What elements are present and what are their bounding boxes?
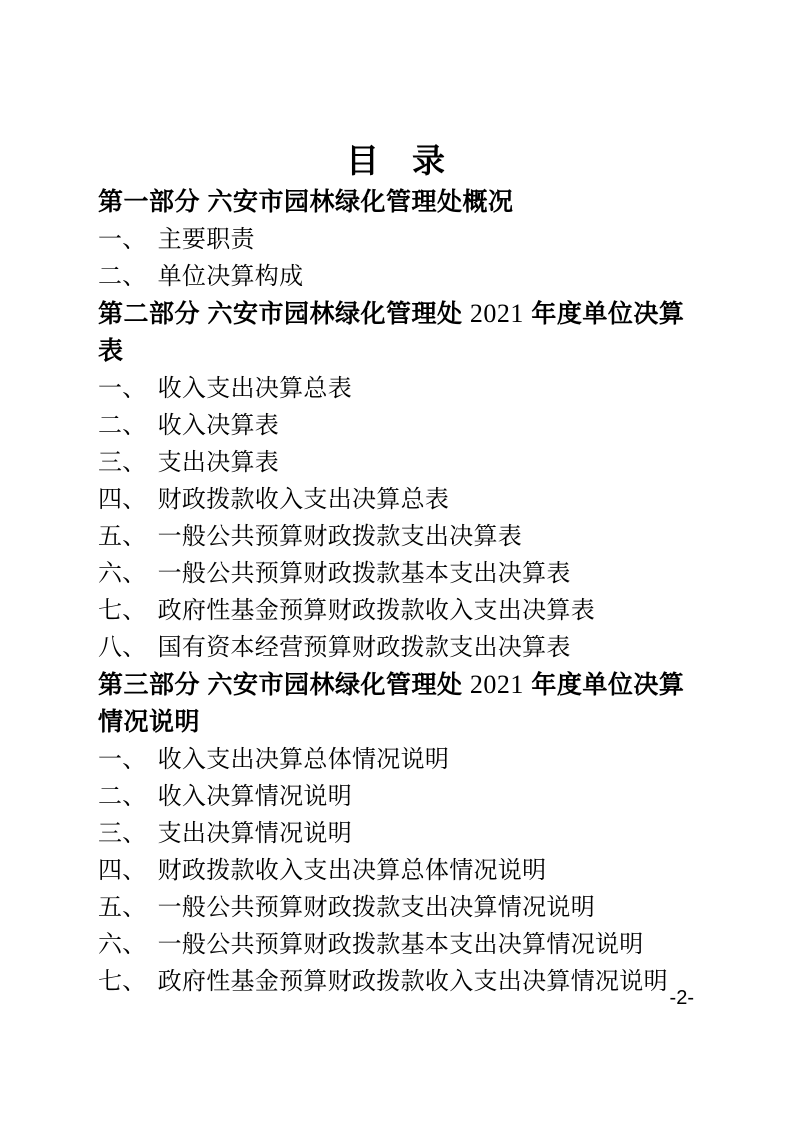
toc-item: 八、国有资本经营预算财政拨款支出决算表 bbox=[98, 629, 693, 666]
heading-year-segment: 2021 bbox=[470, 299, 524, 328]
toc-item: 四、财政拨款收入支出决算总表 bbox=[98, 481, 693, 518]
toc-item-number: 八、 bbox=[98, 629, 147, 666]
toc-item-label: 收入决算情况说明 bbox=[158, 783, 352, 810]
toc-item-label: 一般公共预算财政拨款支出决算情况说明 bbox=[158, 894, 595, 921]
toc-item: 六、一般公共预算财政拨款基本支出决算情况说明 bbox=[98, 926, 693, 963]
toc-item-label: 政府性基金预算财政拨款收入支出决算情况说明 bbox=[158, 968, 668, 995]
toc-item-number: 三、 bbox=[98, 815, 147, 852]
page-title: 目 录 bbox=[98, 141, 693, 181]
toc-item: 五、一般公共预算财政拨款支出决算情况说明 bbox=[98, 889, 693, 926]
toc-item-number: 二、 bbox=[98, 407, 147, 444]
toc-item-label: 单位决算构成 bbox=[158, 263, 304, 290]
toc-item-label: 主要职责 bbox=[158, 226, 255, 253]
toc-item-label: 收入支出决算总体情况说明 bbox=[158, 746, 450, 773]
toc-item: 四、财政拨款收入支出决算总体情况说明 bbox=[98, 852, 693, 889]
toc-item: 二、收入决算表 bbox=[98, 407, 693, 444]
toc-item: 七、政府性基金预算财政拨款收入支出决算表 bbox=[98, 592, 693, 629]
toc-item-number: 二、 bbox=[98, 258, 147, 295]
toc-item: 七、政府性基金预算财政拨款收入支出决算情况说明 bbox=[98, 963, 693, 1000]
table-of-contents: 第一部分 六安市园林绿化管理处概况一、主要职责二、单位决算构成第二部分 六安市园… bbox=[98, 184, 693, 1000]
heading-year-segment: 2021 bbox=[470, 670, 524, 699]
toc-item-label: 一般公共预算财政拨款支出决算表 bbox=[158, 523, 523, 550]
toc-item-number: 四、 bbox=[98, 481, 147, 518]
toc-item-number: 七、 bbox=[98, 963, 147, 1000]
heading-text-segment: 第二部分 六安市园林绿化管理处 bbox=[98, 300, 470, 328]
toc-item-label: 财政拨款收入支出决算总表 bbox=[158, 486, 450, 513]
toc-item-label: 一般公共预算财政拨款基本支出决算表 bbox=[158, 560, 571, 587]
toc-item-label: 支出决算情况说明 bbox=[158, 820, 352, 847]
toc-item-number: 一、 bbox=[98, 221, 147, 258]
toc-item: 二、单位决算构成 bbox=[98, 258, 693, 295]
toc-item-number: 五、 bbox=[98, 518, 147, 555]
toc-item-number: 六、 bbox=[98, 926, 147, 963]
toc-item-label: 支出决算表 bbox=[158, 449, 280, 476]
toc-item-label: 收入决算表 bbox=[158, 412, 280, 439]
section-heading: 第二部分 六安市园林绿化管理处 2021 年度单位决算表 bbox=[98, 295, 693, 370]
toc-item-number: 四、 bbox=[98, 852, 147, 889]
toc-item: 三、支出决算情况说明 bbox=[98, 815, 693, 852]
heading-text-segment: 第一部分 六安市园林绿化管理处概况 bbox=[98, 188, 513, 216]
toc-item-number: 一、 bbox=[98, 370, 147, 407]
toc-item-label: 政府性基金预算财政拨款收入支出决算表 bbox=[158, 597, 595, 624]
toc-item: 二、收入决算情况说明 bbox=[98, 778, 693, 815]
toc-item-number: 六、 bbox=[98, 555, 147, 592]
heading-text-segment: 第三部分 六安市园林绿化管理处 bbox=[98, 671, 470, 699]
toc-item-label: 财政拨款收入支出决算总体情况说明 bbox=[158, 857, 547, 884]
toc-item-number: 三、 bbox=[98, 444, 147, 481]
toc-item-label: 国有资本经营预算财政拨款支出决算表 bbox=[158, 634, 571, 661]
page-number: -2- bbox=[670, 986, 694, 1010]
toc-item: 一、主要职责 bbox=[98, 221, 693, 258]
document-page: 目 录 第一部分 六安市园林绿化管理处概况一、主要职责二、单位决算构成第二部分 … bbox=[0, 0, 793, 1122]
toc-item-number: 五、 bbox=[98, 889, 147, 926]
toc-item: 六、一般公共预算财政拨款基本支出决算表 bbox=[98, 555, 693, 592]
toc-item: 一、收入支出决算总表 bbox=[98, 370, 693, 407]
toc-item: 五、一般公共预算财政拨款支出决算表 bbox=[98, 518, 693, 555]
toc-item-number: 一、 bbox=[98, 741, 147, 778]
toc-item-number: 七、 bbox=[98, 592, 147, 629]
toc-item-number: 二、 bbox=[98, 778, 147, 815]
toc-item: 三、支出决算表 bbox=[98, 444, 693, 481]
toc-item-label: 一般公共预算财政拨款基本支出决算情况说明 bbox=[158, 931, 644, 958]
toc-item: 一、收入支出决算总体情况说明 bbox=[98, 741, 693, 778]
section-heading: 第三部分 六安市园林绿化管理处 2021 年度单位决算情况说明 bbox=[98, 666, 693, 741]
section-heading: 第一部分 六安市园林绿化管理处概况 bbox=[98, 184, 693, 221]
toc-item-label: 收入支出决算总表 bbox=[158, 375, 352, 402]
